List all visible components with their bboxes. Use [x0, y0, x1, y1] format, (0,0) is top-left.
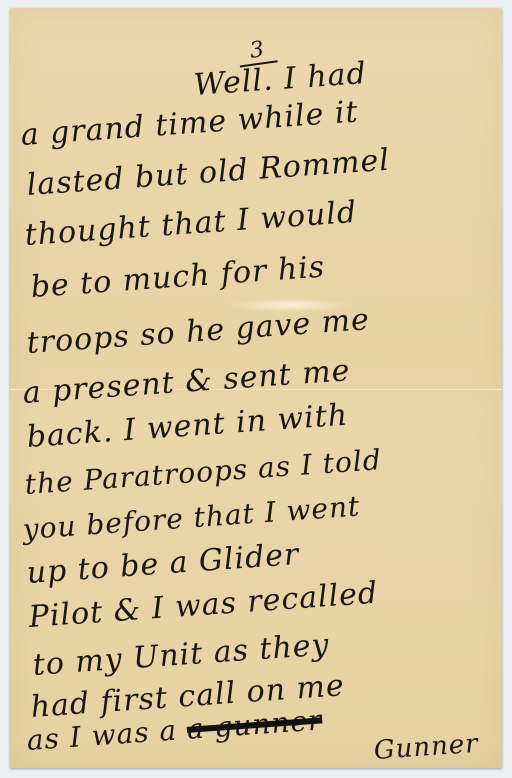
- text-line-4: thought that I would: [24, 195, 359, 253]
- text-line-10: you before that I went: [22, 489, 362, 546]
- text-line-3: lasted but old Rommel: [26, 143, 391, 203]
- text-line-6: troops so he gave me: [26, 302, 371, 361]
- text-line-5: be to much for his: [30, 250, 327, 305]
- letter-page: 3 Well. I had a grand time while it last…: [10, 8, 502, 768]
- correction-word: Gunner: [373, 729, 480, 766]
- text-line-2: a grand time while it: [20, 94, 360, 153]
